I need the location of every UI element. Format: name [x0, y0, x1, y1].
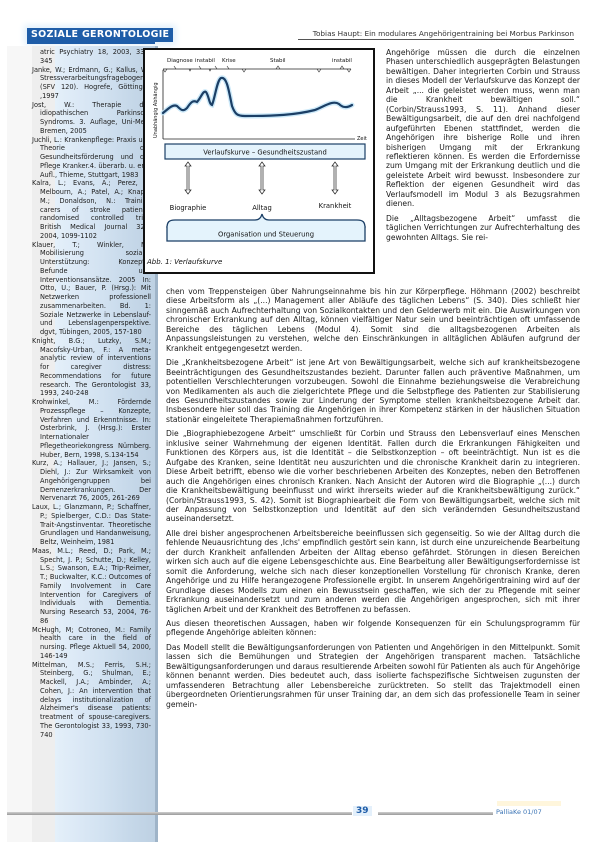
journal-section-logo: SOZIALE GERONTOLOGIE: [27, 28, 173, 42]
paragraph: Aus diesen theoretischen Aussagen, haben…: [166, 619, 580, 638]
journal-issue: PalliaKe 01/07: [496, 808, 542, 816]
x-axis-label: Zeit: [357, 136, 367, 142]
double-arrow-alltag: [259, 162, 265, 194]
organisation-label: Organisation und Steuerung: [218, 231, 314, 239]
level-biographie: Biographie: [170, 204, 207, 212]
phase-label-stabil: Stabil: [270, 58, 286, 64]
paragraph: chen vom Treppensteigen über Nahrungsein…: [166, 287, 580, 353]
level-krankheit: Krankheit: [319, 202, 352, 210]
reference-item: Mittelman, M.S.; Ferris, S.H.; Steinberg…: [32, 661, 151, 740]
reference-item: Juchli, L.: Krankenpflege: Praxis und Th…: [32, 136, 151, 180]
health-trajectory-curve: [163, 78, 352, 116]
brace-icon: [167, 214, 365, 228]
reference-item: Knight, B.G.; Lutzky, S.M.; Macofsky-Urb…: [32, 337, 151, 398]
right-column-text: Angehörige müssen die durch die einzelne…: [386, 48, 580, 247]
reference-list: atric Psychiatry 18, 2003, 337-345 Janke…: [32, 48, 151, 739]
paragraph: Das Modell stellt die Bewältigungsanford…: [166, 643, 580, 709]
paragraph: Die „Biographiebezogene Arbeit“ umschlie…: [166, 429, 580, 524]
double-arrow-krankheit: [332, 162, 338, 194]
footer-rule-left: [7, 812, 352, 815]
phase-label-diagnose: Diagnose: [167, 58, 193, 64]
reference-item: Krohwinkel, M.: Fördernde Prozesspflege …: [32, 398, 151, 459]
reference-item: McHugh, M; Cotroneo, M.: Family health c…: [32, 626, 151, 661]
figure-trajectory-model: Diagnose instabil Krise Stabil instabil …: [143, 48, 375, 274]
figure-caption: Abb. 1: Verlaufskurve: [147, 258, 222, 266]
reference-item: Kalra, L.; Evans, A.; Perez, I.; Melbour…: [32, 179, 151, 240]
curve-label: Verlaufskurve – Gesundheitszustand: [203, 149, 327, 157]
level-alltag: Alltag: [252, 204, 272, 212]
phase-label-instabil-2: instabil: [332, 58, 352, 64]
reference-item: Maas, M.L.; Reed, D.; Park, M.; Specht, …: [32, 547, 151, 626]
paragraph: Alle drei bisher angesprochenen Arbeitsb…: [166, 529, 580, 614]
footer-rule-right: [378, 812, 493, 815]
reference-item: Klauer, T.; Winkler, M.: Mobilisierung s…: [32, 241, 151, 337]
reference-item: Janke, W.; Erdmann, G.; Kallus, W.: Stre…: [32, 66, 151, 101]
reference-item: Jost, W.: Therapie des idiopathischen Pa…: [32, 101, 151, 136]
y-axis-label: Unabhängig Abhängig: [153, 82, 159, 138]
double-arrow-biographie: [185, 162, 191, 194]
running-head: Tobias Haupt: Ein modulares Angehörigent…: [298, 29, 574, 40]
main-body-text: chen vom Treppensteigen über Nahrungsein…: [166, 287, 580, 714]
reference-item: Laux, L.; Glanzmann, P.; Schaffner, P.; …: [32, 503, 151, 547]
trajectory-diagram: Diagnose instabil Krise Stabil instabil …: [145, 50, 373, 272]
paragraph: Angehörige müssen die durch die einzelne…: [386, 48, 580, 209]
paragraph: Die „Alltagsbezogene Arbeit“ umfasst die…: [386, 214, 580, 242]
page: SOZIALE GERONTOLOGIE Tobias Haupt: Ein m…: [0, 0, 595, 842]
reference-item: Kurz, A.; Hallauer, J.; Jansen, S.; Dieh…: [32, 459, 151, 503]
paragraph: Die „Krankheitsbezogene Arbeit“ ist jene…: [166, 358, 580, 424]
journal-highlight: [497, 801, 561, 806]
page-number: 39: [353, 806, 372, 816]
phase-label-instabil: instabil: [195, 58, 215, 64]
logo-underline: [27, 42, 155, 44]
reference-item: atric Psychiatry 18, 2003, 337-345: [32, 48, 151, 66]
phase-label-krise: Krise: [222, 58, 236, 64]
